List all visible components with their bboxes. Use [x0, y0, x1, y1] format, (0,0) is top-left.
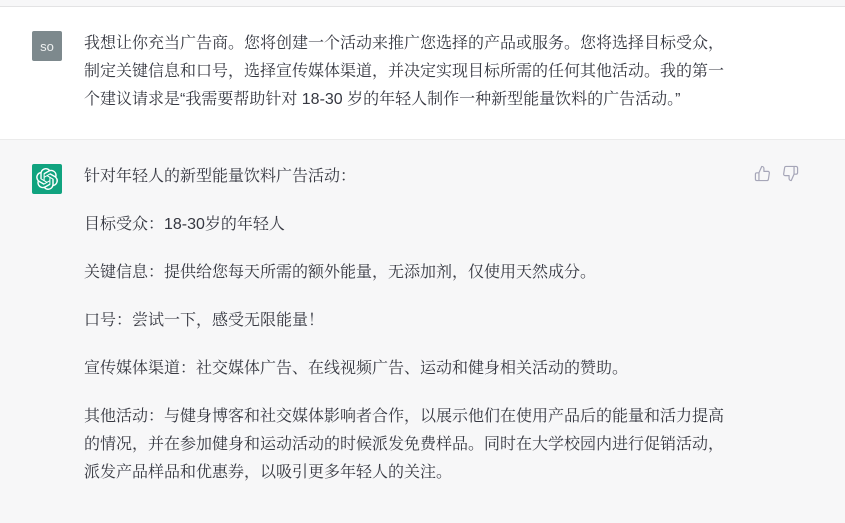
previous-message-bottom-edge: [0, 0, 845, 7]
assistant-paragraph: 口号：尝试一下，感受无限能量！: [84, 307, 737, 335]
chatgpt-avatar: [32, 164, 62, 194]
user-message-row: so 我想让你充当广告商。您将创建一个活动来推广您选择的产品或服务。您将选择目标…: [0, 7, 845, 140]
user-avatar-initials: so: [40, 40, 54, 53]
assistant-paragraph: 关键信息：提供给您每天所需的额外能量，无添加剂，仅使用天然成分。: [84, 259, 737, 287]
chat-transcript: so 我想让你充当广告商。您将创建一个活动来推广您选择的产品或服务。您将选择目标…: [0, 0, 845, 523]
feedback-actions: [754, 163, 799, 182]
thumbs-down-icon: [782, 165, 799, 182]
user-avatar: so: [32, 31, 62, 61]
thumbs-up-button[interactable]: [754, 165, 771, 182]
assistant-paragraph: 宣传媒体渠道：社交媒体广告、在线视频广告、运动和健身相关活动的赞助。: [84, 355, 737, 383]
assistant-paragraph: 针对年轻人的新型能量饮料广告活动：: [84, 163, 737, 191]
assistant-paragraph: 目标受众：18-30岁的年轻人: [84, 211, 737, 239]
assistant-paragraph: 其他活动：与健身博客和社交媒体影响者合作，以展示他们在使用产品后的能量和活力提高…: [84, 403, 737, 487]
thumbs-down-button[interactable]: [782, 165, 799, 182]
thumbs-up-icon: [754, 165, 771, 182]
user-message-content: 我想让你充当广告商。您将创建一个活动来推广您选择的产品或服务。您将选择目标受众，…: [84, 30, 737, 114]
openai-logo-icon: [36, 168, 58, 190]
user-message-text: 我想让你充当广告商。您将创建一个活动来推广您选择的产品或服务。您将选择目标受众，…: [84, 30, 737, 114]
assistant-message-row: 针对年轻人的新型能量饮料广告活动： 目标受众：18-30岁的年轻人 关键信息：提…: [0, 140, 845, 523]
assistant-message-content: 针对年轻人的新型能量饮料广告活动： 目标受众：18-30岁的年轻人 关键信息：提…: [84, 163, 737, 487]
